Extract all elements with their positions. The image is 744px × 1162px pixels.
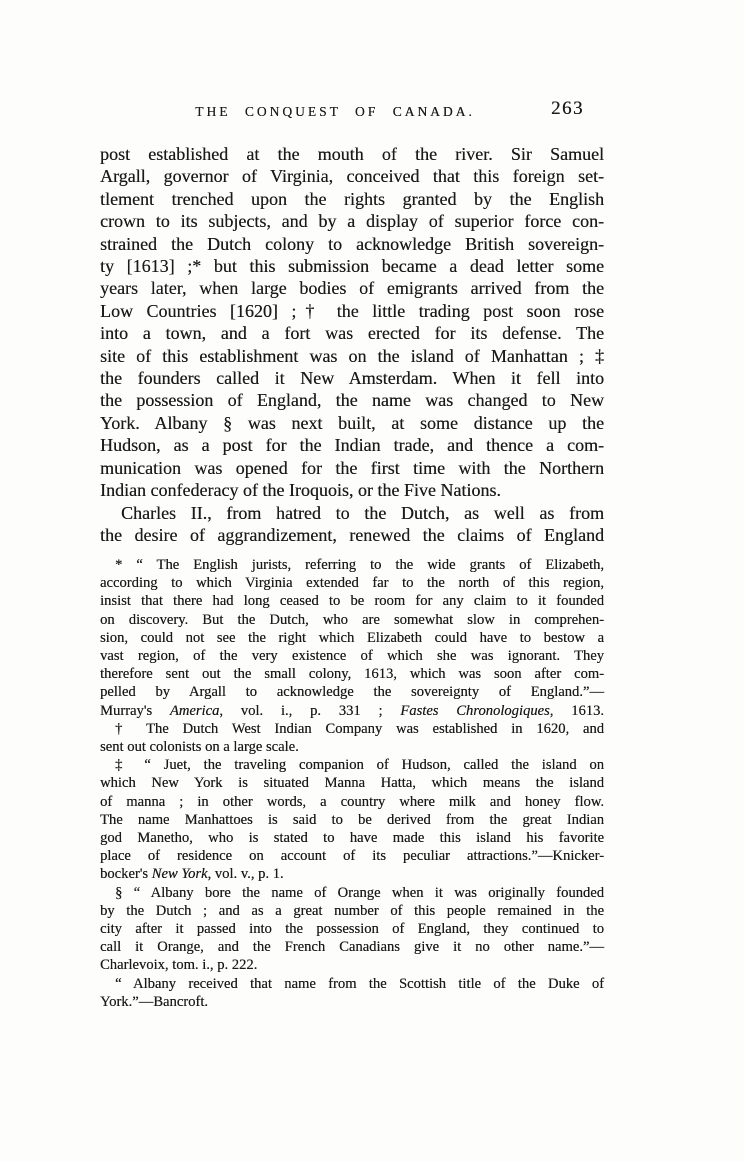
body-line: the founders called it New Amsterdam. Wh…: [100, 367, 604, 389]
text-segment: Murray's: [100, 703, 170, 719]
paragraph: post established at the mouth of the riv…: [100, 143, 604, 502]
cited-work-title: America: [170, 703, 219, 719]
footnote-line: insist that there had long ceased to be …: [100, 592, 604, 610]
footnote: * “ The English jurists, referring to th…: [100, 556, 604, 720]
body-line: York. Albany § was next built, at some d…: [100, 412, 604, 434]
footnotes: * “ The English jurists, referring to th…: [100, 556, 604, 1011]
text-segment: bocker's: [100, 866, 152, 882]
footnote-line: § “ Albany bore the name of Orange when …: [100, 884, 604, 902]
book-page: THE CONQUEST OF CANADA. 263 post establi…: [0, 0, 744, 1162]
body-line: site of this establishment was on the is…: [100, 345, 604, 367]
body-line: crown to its subjects, and by a display …: [100, 210, 604, 232]
footnote-line: city after it passed into the possession…: [100, 920, 604, 938]
footnote-line: Charlevoix, tom. i., p. 222.: [100, 956, 604, 974]
footnote-line: which New York is situated Manna Hatta, …: [100, 774, 604, 792]
footnote-line: therefore sent out the small colony, 161…: [100, 665, 604, 683]
running-title: THE CONQUEST OF CANADA.: [100, 104, 570, 120]
footnote-line: on discovery. But the Dutch, who are som…: [100, 611, 604, 629]
footnote: ‡ “ Juet, the traveling companion of Hud…: [100, 756, 604, 883]
body-line: Argall, governor of Virginia, conceived …: [100, 165, 604, 187]
body-line: Charles II., from hatred to the Dutch, a…: [100, 502, 604, 524]
footnote-line: by the Dutch ; and as a great number of …: [100, 902, 604, 920]
footnote-line: god Manetho, who is stated to have made …: [100, 829, 604, 847]
body-line: munication was opened for the first time…: [100, 457, 604, 479]
body-line: post established at the mouth of the riv…: [100, 143, 604, 165]
body-line: tlement trenched upon the rights granted…: [100, 188, 604, 210]
body-line: ty [1613] ;* but this submission became …: [100, 255, 604, 277]
cited-work-title: Fastes Chronologiques: [400, 703, 549, 719]
footnote-line: of manna ; in other words, a country whe…: [100, 793, 604, 811]
body-line: the possession of England, the name was …: [100, 389, 604, 411]
footnote-line: according to which Virginia extended far…: [100, 574, 604, 592]
body-line: the desire of aggrandizement, renewed th…: [100, 524, 604, 546]
footnote-line: vast region, of the very existence of wh…: [100, 647, 604, 665]
body-line: into a town, and a fort was erected for …: [100, 322, 604, 344]
footnote: “ Albany received that name from the Sco…: [100, 975, 604, 1011]
footnote-line: call it Orange, and the French Canadians…: [100, 938, 604, 956]
footnote-line: Murray's America, vol. i., p. 331 ; Fast…: [100, 702, 604, 720]
page-number: 263: [551, 98, 584, 120]
body-line: Hudson, as a post for the Indian trade, …: [100, 434, 604, 456]
footnote-line: place of residence on account of its pec…: [100, 847, 604, 865]
footnote-line: sion, could not see the right which Eliz…: [100, 629, 604, 647]
footnote-line: bocker's New York, vol. v., p. 1.: [100, 865, 604, 883]
footnote-line: ‡ “ Juet, the traveling companion of Hud…: [100, 756, 604, 774]
paragraph: Charles II., from hatred to the Dutch, a…: [100, 502, 604, 547]
text-segment: , vol. i., p. 331 ;: [219, 703, 400, 719]
footnote: † The Dutch West Indian Company was esta…: [100, 720, 604, 756]
text-segment: , vol. v., p. 1.: [208, 866, 284, 882]
body-line: Indian confederacy of the Iroquois, or t…: [100, 479, 604, 501]
footnote: § “ Albany bore the name of Orange when …: [100, 884, 604, 975]
footnote-line: † The Dutch West Indian Company was esta…: [100, 720, 604, 738]
text-segment: , 1613.: [550, 703, 604, 719]
footnote-line: “ Albany received that name from the Sco…: [100, 975, 604, 993]
body-line: Low Countries [1620] ;† the little tradi…: [100, 300, 604, 322]
body-text: post established at the mouth of the riv…: [100, 143, 604, 546]
footnote-line: pelled by Argall to acknowledge the sove…: [100, 683, 604, 701]
footnote-line: * “ The English jurists, referring to th…: [100, 556, 604, 574]
footnote-line: The name Manhattoes is said to be derive…: [100, 811, 604, 829]
footnote-line: sent out colonists on a large scale.: [100, 738, 604, 756]
footnote-line: York.”—Bancroft.: [100, 993, 604, 1011]
body-line: strained the Dutch colony to acknowledge…: [100, 233, 604, 255]
body-line: years later, when large bodies of emigra…: [100, 277, 604, 299]
cited-work-title: New York: [152, 866, 208, 882]
